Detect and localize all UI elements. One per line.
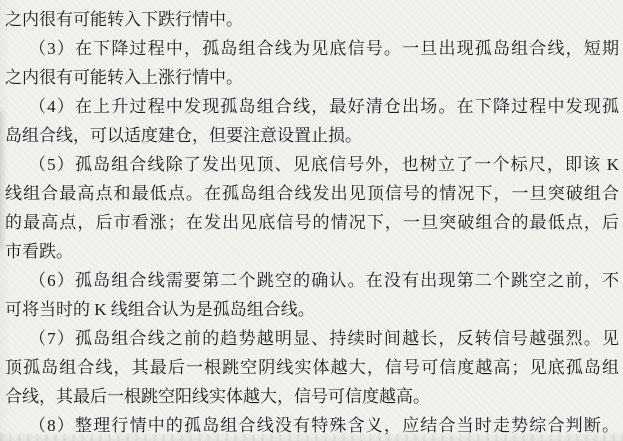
text-line: （7）孤岛组合线之前的趋势越明显、持续时间越长，反转信号越强烈。见 bbox=[5, 324, 619, 353]
book-page: 之内很有可能转入下跌行情中。 （3）在下降过程中，孤岛组合线为见底信号。一旦出现… bbox=[0, 0, 623, 441]
text-line: （4）在上升过程中发现孤岛组合线，最好清仓出场。在下降过程中发现孤 bbox=[5, 92, 619, 121]
text-line: 之内很有可能转入下跌行情中。 bbox=[5, 5, 619, 34]
text-line: 顶孤岛组合线，其最后一根跳空阴线实体越大，信号可信度越高；见底孤岛组 bbox=[5, 353, 619, 382]
text-line: 岛组合线，可以适度建仓，但要注意设置止损。 bbox=[5, 121, 619, 150]
text-line: 合线，其最后一根跳空阳线实体越大，信号可信度越高。 bbox=[5, 382, 619, 411]
text-line: 可将当时的 K 线组合认为是孤岛组合线。 bbox=[5, 295, 619, 324]
text-line: 市看跌。 bbox=[5, 237, 619, 266]
text-line: 的最高点，后市看涨；在发出见底信号的情况下，一旦突破组合的最低点，后 bbox=[5, 208, 619, 237]
text-line: （8）整理行情中的孤岛组合线没有特殊含义，应结合当时走势综合判断。 bbox=[5, 411, 619, 440]
text-line: （5）孤岛组合线除了发出见顶、见底信号外，也树立了一个标尺，即该 K bbox=[5, 150, 619, 179]
text-line: （6）孤岛组合线需要第二个跳空的确认。在没有出现第二个跳空之前，不 bbox=[5, 266, 619, 295]
text-line: （3）在下降过程中，孤岛组合线为见底信号。一旦出现孤岛组合线，短期 bbox=[5, 34, 619, 63]
text-line: 之内很有可能转入上涨行情中。 bbox=[5, 63, 619, 92]
body-text: 之内很有可能转入下跌行情中。 （3）在下降过程中，孤岛组合线为见底信号。一旦出现… bbox=[5, 5, 619, 440]
text-line: 线组合最高点和最低点。在孤岛组合线发出见顶信号的情况下，一旦突破组合 bbox=[5, 179, 619, 208]
